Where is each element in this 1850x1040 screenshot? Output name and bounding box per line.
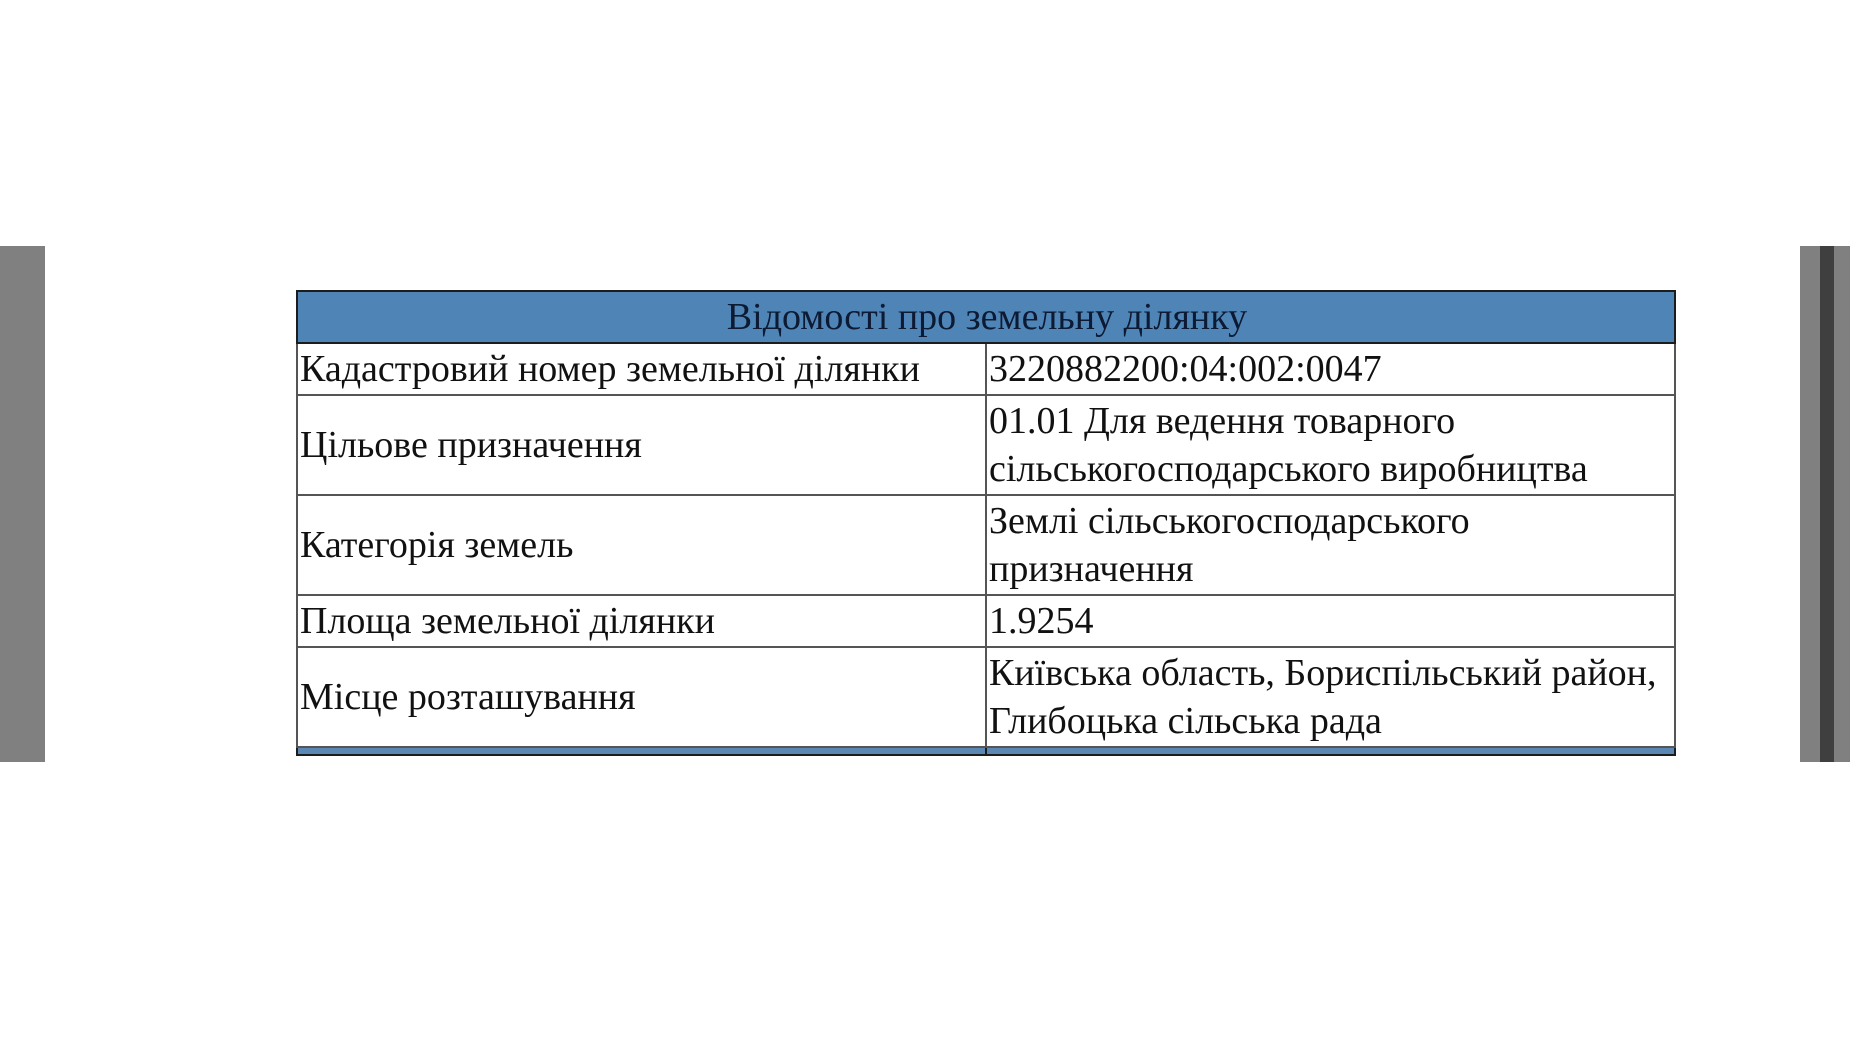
footer-cell [986,747,1675,755]
right-side-bar [1800,246,1850,762]
land-plot-info-table: Відомості про земельну ділянку Кадастров… [296,290,1676,756]
row-label-purpose: Цільове призначення [297,395,986,495]
footer-cell [297,747,986,755]
table-row: Цільове призначення 01.01 Для ведення то… [297,395,1675,495]
table-row: Площа земельної ділянки 1.9254 [297,595,1675,647]
table-footer-band [297,747,1675,755]
table-row: Категорія земель Землі сільськогосподарс… [297,495,1675,595]
table-header-row: Відомості про земельну ділянку [297,291,1675,343]
row-label-cadastral-number: Кадастровий номер земельної ділянки [297,343,986,395]
row-value-land-category: Землі сільськогосподарського призначення [986,495,1675,595]
table-row: Місце розташування Київська область, Бор… [297,647,1675,747]
table-title: Відомості про земельну ділянку [297,291,1675,343]
row-label-land-category: Категорія земель [297,495,986,595]
row-value-location: Київська область, Бориспільський район, … [986,647,1675,747]
row-label-location: Місце розташування [297,647,986,747]
row-value-purpose: 01.01 Для ведення товарного сільськогосп… [986,395,1675,495]
table-row: Кадастровий номер земельної ділянки 3220… [297,343,1675,395]
row-label-area: Площа земельної ділянки [297,595,986,647]
row-value-cadastral-number: 3220882200:04:002:0047 [986,343,1675,395]
right-side-bar-stripe [1820,246,1834,762]
row-value-area: 1.9254 [986,595,1675,647]
left-side-bar [0,246,45,762]
